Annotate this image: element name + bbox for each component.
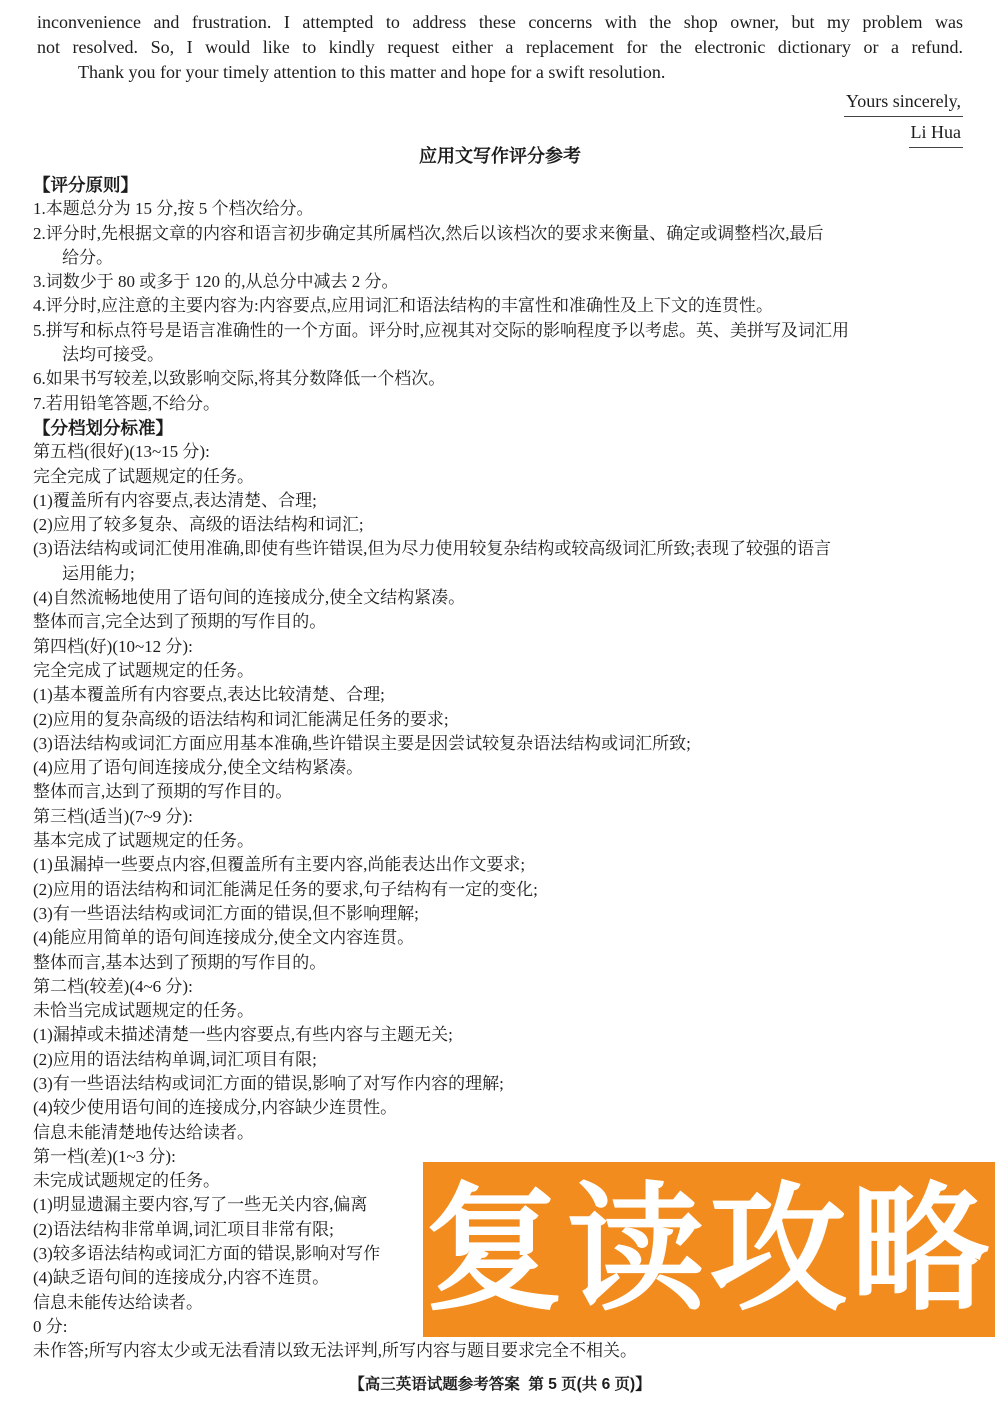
rubric-line: 法均可接受。 — [33, 343, 967, 367]
rubric-line: 第二档(较差)(4~6 分): — [33, 975, 967, 999]
watermark-banner: 复读攻略 — [423, 1162, 995, 1337]
rubric-line: (3)语法结构或词汇方面应用基本准确,些许错误主要是因尝试较复杂语法结构或词汇所… — [33, 732, 967, 756]
rubric-line: 第三档(适当)(7~9 分): — [33, 805, 967, 829]
rubric-line: 4.评分时,应注意的主要内容为:内容要点,应用词汇和语法结构的丰富性和准确性及上… — [33, 294, 967, 318]
rubric-line: (4)自然流畅地使用了语句间的连接成分,使全文结构紧凑。 — [33, 586, 967, 610]
rubric-line: (4)应用了语句间连接成分,使全文结构紧凑。 — [33, 756, 967, 780]
rubric-line: (3)有一些语法结构或词汇方面的错误,影响了对写作内容的理解; — [33, 1072, 967, 1096]
rubric-line: 信息未能清楚地传达给读者。 — [33, 1121, 967, 1145]
rubric-line: 整体而言,基本达到了预期的写作目的。 — [33, 951, 967, 975]
rubric-line: 第四档(好)(10~12 分): — [33, 635, 967, 659]
signature-closing: Yours sincerely, — [844, 87, 963, 117]
rubric-line: 5.拼写和标点符号是语言准确性的一个方面。评分时,应视其对交际的影响程度予以考虑… — [33, 319, 967, 343]
rubric-line: 3.词数少于 80 或多于 120 的,从总分中减去 2 分。 — [33, 270, 967, 294]
rubric-line: 未恰当完成试题规定的任务。 — [33, 999, 967, 1023]
letter-line: Thank you for your timely attention to t… — [37, 60, 963, 85]
rubric-line: 2.评分时,先根据文章的内容和语言初步确定其所属档次,然后以该档次的要求来衡量、… — [33, 222, 967, 246]
rubric-line: (2)应用的语法结构单调,词汇项目有限; — [33, 1048, 967, 1072]
rubric-line: 完全完成了试题规定的任务。 — [33, 465, 967, 489]
rubric-line: 运用能力; — [33, 562, 967, 586]
letter-line: inconvenience and frustration. I attempt… — [37, 10, 963, 35]
rubric-line: (3)语法结构或词汇使用准确,即使有些许错误,但为尽力使用较复杂结构或较高级词汇… — [33, 537, 967, 561]
rubric-line: (1)基本覆盖所有内容要点,表达比较清楚、合理; — [33, 683, 967, 707]
rubric-line: 6.如果书写较差,以致影响交际,将其分数降低一个档次。 — [33, 367, 967, 391]
rubric-section-header: 【评分原则】 — [33, 173, 967, 197]
letter-signature: Yours sincerely, Li Hua — [844, 87, 963, 149]
rubric-line: 给分。 — [33, 246, 967, 270]
rubric-line: (1)漏掉或未描述清楚一些内容要点,有些内容与主题无关; — [33, 1023, 967, 1047]
rubric-line: 7.若用铅笔答题,不给分。 — [33, 392, 967, 416]
rubric-line: (4)较少使用语句间的连接成分,内容缺少连贯性。 — [33, 1096, 967, 1120]
exam-answer-page: inconvenience and frustration. I attempt… — [0, 0, 1000, 1407]
watermark-text: 复读攻略 — [425, 1181, 993, 1319]
rubric-line: 整体而言,达到了预期的写作目的。 — [33, 780, 967, 804]
rubric-line: (3)有一些语法结构或词汇方面的错误,但不影响理解; — [33, 902, 967, 926]
rubric-line: 未作答;所写内容太少或无法看清以致无法评判,所写内容与题目要求完全不相关。 — [33, 1339, 967, 1363]
rubric-line: 基本完成了试题规定的任务。 — [33, 829, 967, 853]
letter-line: not resolved. So, I would like to kindly… — [37, 35, 963, 60]
rubric-line: 1.本题总分为 15 分,按 5 个档次给分。 — [33, 197, 967, 221]
rubric-line: (2)应用了较多复杂、高级的语法结构和词汇; — [33, 513, 967, 537]
rubric-section-header: 【分档划分标准】 — [33, 416, 967, 440]
rubric-line: (2)应用的复杂高级的语法结构和词汇能满足任务的要求; — [33, 708, 967, 732]
rubric-line: 第五档(很好)(13~15 分): — [33, 440, 967, 464]
page-footer: 【高三英语试题参考答案 第 5 页(共 6 页)】 — [0, 1372, 1000, 1394]
rubric-line: (1)虽漏掉一些要点内容,但覆盖所有主要内容,尚能表达出作文要求; — [33, 853, 967, 877]
rubric-line: (4)能应用简单的语句间连接成分,使全文内容连贯。 — [33, 926, 967, 950]
rubric-line: (1)覆盖所有内容要点,表达清楚、合理; — [33, 489, 967, 513]
rubric-line: (2)应用的语法结构和词汇能满足任务的要求,句子结构有一定的变化; — [33, 878, 967, 902]
letter-body: inconvenience and frustration. I attempt… — [37, 10, 963, 85]
rubric-title: 应用文写作评分参考 — [0, 142, 1000, 168]
rubric-line: 整体而言,完全达到了预期的写作目的。 — [33, 610, 967, 634]
rubric-line: 完全完成了试题规定的任务。 — [33, 659, 967, 683]
